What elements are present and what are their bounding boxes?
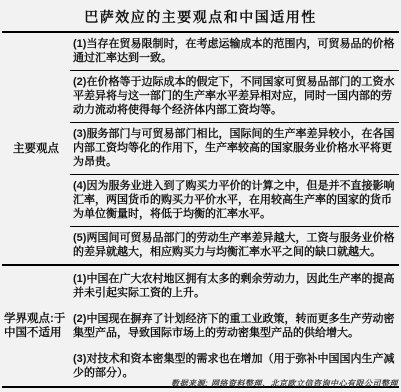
source-note: 数据来源: 网络资料整理、北京欧立信咨询中心有限公司整理 [171,378,398,389]
viewpoint-item: (5)两国间可贸易品部门的劳动生产率差异越大，工资与服务业价格的差异就越大，相应… [70,227,399,264]
section-main-viewpoints: 主要观点 (1)当存在贸易限制时，在考虑运输成本的范围内，可贸易品的价格通过汇率… [2,33,399,266]
section-academic-items: (1)中国在广大农村地区拥有太多的剩余劳动力，因此生产率的提高并未引起实际工资的… [70,266,399,386]
section-china-applicability: 学界观点:于中国不适用 (1)中国在广大农村地区拥有太多的剩余劳动力，因此生产率… [2,266,399,386]
viewpoint-item: (4)因为服务业进入到了购买力平价的计算之中，但是并不直接影响汇率，两国货币的购… [70,175,399,227]
section-header-main: 主要观点 [2,33,70,264]
viewpoint-item: (1)当存在贸易限制时，在考虑运输成本的范围内，可贸易品的价格通过汇率达到一致。 [70,33,399,71]
section-main-items: (1)当存在贸易限制时，在考虑运输成本的范围内，可贸易品的价格通过汇率达到一致。… [70,33,399,264]
section-header-academic: 学界观点:于中国不适用 [2,266,70,386]
viewpoint-item: (3)服务部门与可贸易部门相比，国际间的生产率差异较小，在各国内部工资均等化的作… [70,123,399,175]
report-figure: 巴萨效应的主要观点和中国适用性 主要观点 (1)当存在贸易限制时，在考虑运输成本… [0,0,401,392]
viewpoint-item: (1)中国在广大农村地区拥有太多的剩余劳动力，因此生产率的提高并未引起实际工资的… [70,266,399,306]
viewpoint-item: (2)中国现在摒弃了计划经济下的重工业政策，转而更多生产劳动密集型产品，导致国际… [70,306,399,346]
viewpoints-table: 主要观点 (1)当存在贸易限制时，在考虑运输成本的范围内，可贸易品的价格通过汇率… [2,31,399,388]
viewpoint-item: (2)在价格等于边际成本的假定下，不同国家可贸易品部门的工资水平差异将与这一部门… [70,71,399,123]
table-title: 巴萨效应的主要观点和中国适用性 [0,0,401,26]
